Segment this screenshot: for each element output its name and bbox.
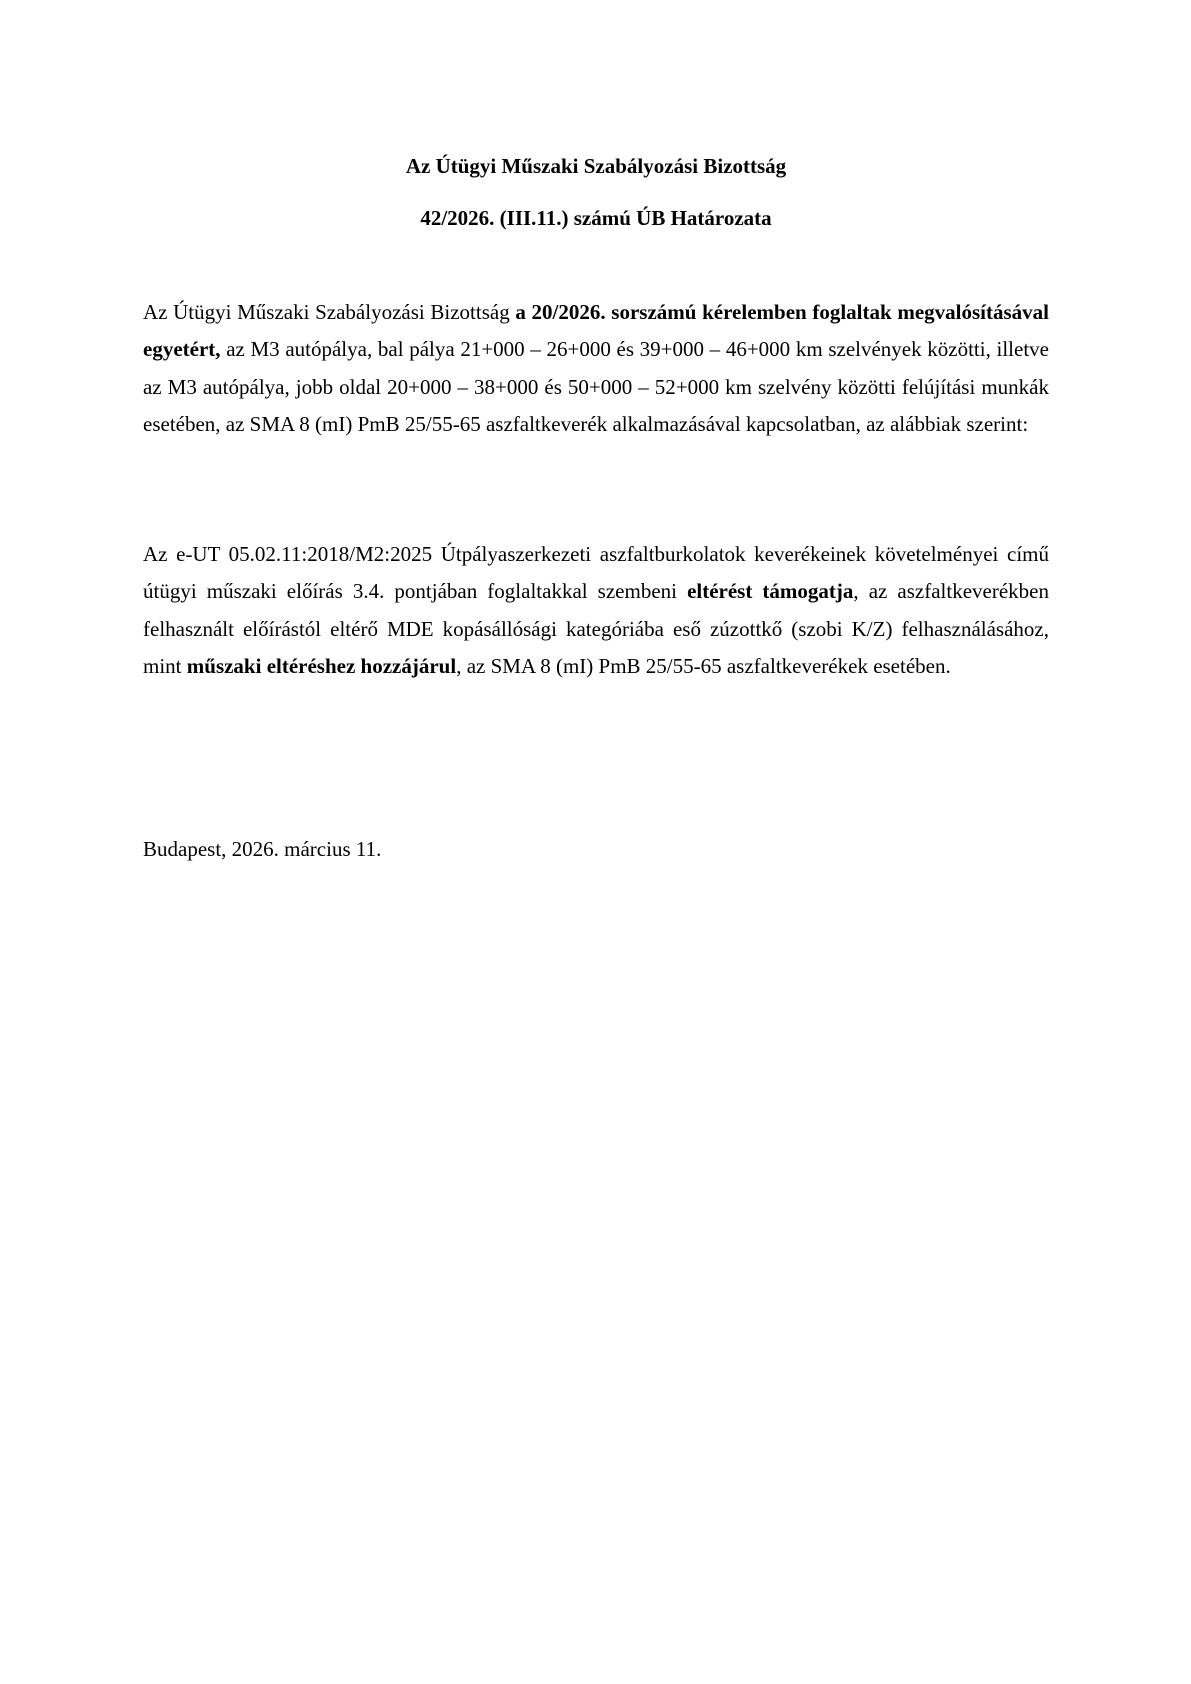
bold-text-run: műszaki eltéréshez hozzájárul [187,654,456,678]
paragraph-decision: Az Útügyi Műszaki Szabályozási Bizottság… [143,294,1049,443]
bold-text-run: eltérést támogatja [687,579,853,603]
text-run: Az Útügyi Műszaki Szabályozási Bizottság [143,300,515,324]
title-committee-name: Az Útügyi Műszaki Szabályozási Bizottság [143,140,1049,192]
title-resolution-number: 42/2026. (III.11.) számú ÚB Határozata [143,192,1049,244]
place-and-date: Budapest, 2026. március 11. [143,831,381,868]
document-page: Az Útügyi Műszaki Szabályozási Bizottság… [0,0,1191,1684]
paragraph-deviation: Az e-UT 05.02.11:2018/M2:2025 Útpályasze… [143,536,1049,685]
text-run: , az SMA 8 (mI) PmB 25/55-65 aszfaltkeve… [456,654,951,678]
text-run: az M3 autópálya, bal pálya 21+000 – 26+0… [143,337,1049,436]
document-title: Az Útügyi Műszaki Szabályozási Bizottság… [143,140,1049,244]
